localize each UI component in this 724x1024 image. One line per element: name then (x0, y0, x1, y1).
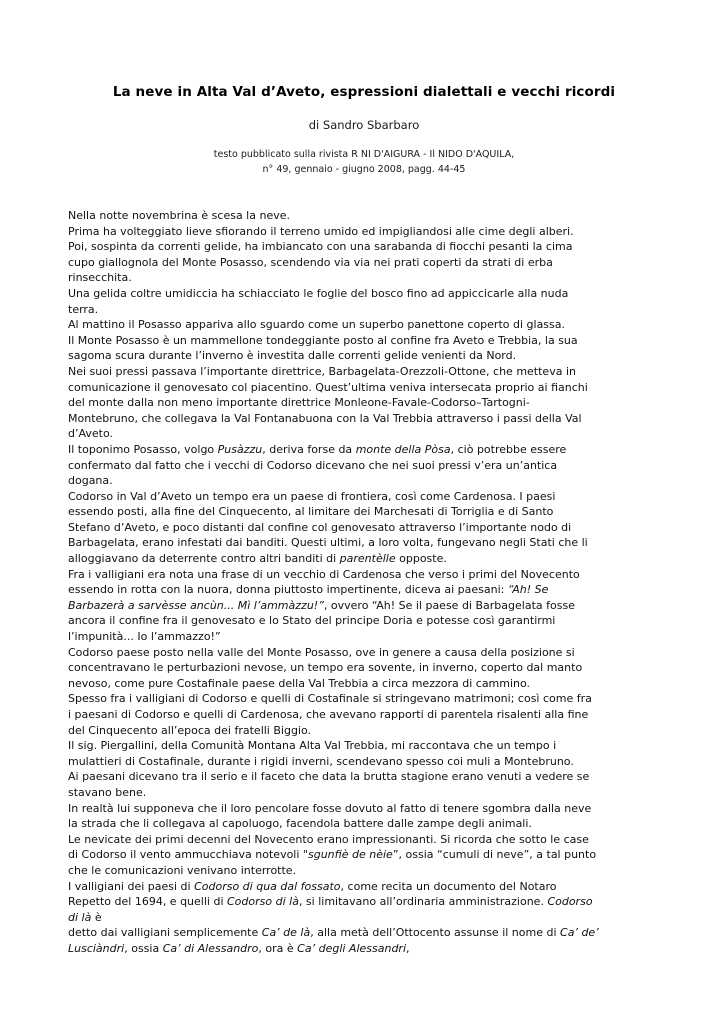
text-line: di Codorso il vento ammucchiava notevoli… (68, 847, 660, 863)
text-segment: ”, ossia “cumuli di neve”, a tal punto (393, 848, 596, 861)
text-segment: Poi, sospinta da correnti gelide, ha imb… (68, 240, 572, 253)
text-line: confermato dal fatto che i vecchi di Cod… (68, 458, 660, 474)
text-segment: Barbagelata, erano infestati dai banditi… (68, 536, 588, 549)
text-segment: opposte. (396, 552, 447, 565)
text-segment: la strada che li collegava al capoluogo,… (68, 817, 532, 830)
text-segment: di Codorso il vento ammucchiava notevoli (68, 848, 303, 861)
text-segment: nevoso, come pure Costafinale paese dell… (68, 677, 530, 690)
text-segment: I valligiani dei paesi di (68, 880, 194, 893)
text-segment: Repetto del 1694, e quelli di (68, 895, 227, 908)
text-segment: del Cinquecento all’epoca dei fratelli B… (68, 724, 311, 737)
text-segment: essendo in rotta con la nuora, donna piu… (68, 583, 508, 596)
text-segment: Una gelida coltre umidiccia ha schiaccia… (68, 287, 568, 300)
text-segment: rinsecchita. (68, 271, 132, 284)
text-line: Nei suoi pressi passava l’importante dir… (68, 364, 660, 380)
text-line: I valligiani dei paesi di Codorso di qua… (68, 879, 660, 895)
text-segment: Montebruno, che collegava la Val Fontana… (68, 412, 582, 425)
text-segment-italic: Lusciàndri (68, 942, 124, 955)
text-line: Stefano d’Aveto, e poco distanti dal con… (68, 520, 660, 536)
text-segment: cupo giallognola del Monte Posasso, scen… (68, 256, 553, 269)
text-line: Nella notte novembrina è scesa la neve. (68, 208, 660, 224)
text-segment-italic: monte della Pòsa (356, 443, 451, 456)
text-segment: terra. (68, 303, 98, 316)
text-line: mulattieri di Costafinale, durante i rig… (68, 754, 660, 770)
text-line: essendo in rotta con la nuora, donna piu… (68, 582, 660, 598)
text-segment: , ora è (258, 942, 297, 955)
text-segment-italic: "sgunfiè de nèie (303, 848, 393, 861)
text-segment: comunicazione il genovesato col piacenti… (68, 381, 588, 394)
text-segment-italic: Pusàzzu (218, 443, 263, 456)
text-segment: l’impunità... Io l’ammazzo!” (68, 630, 221, 643)
text-segment: confermato dal fatto che i vecchi di Cod… (68, 459, 557, 472)
text-line: ancora il confine fra il genovesato e lo… (68, 613, 660, 629)
text-line: Montebruno, che collegava la Val Fontana… (68, 411, 660, 427)
text-segment-italic: di là (68, 911, 91, 924)
text-segment: Il toponimo Posasso, volgo (68, 443, 218, 456)
text-line: Una gelida coltre umidiccia ha schiaccia… (68, 286, 660, 302)
text-line: nevoso, come pure Costafinale paese dell… (68, 676, 660, 692)
text-line: del monte dalla non meno importante dire… (68, 395, 660, 411)
text-line: Codorso paese posto nella valle del Mont… (68, 645, 660, 661)
text-line: Poi, sospinta da correnti gelide, ha imb… (68, 239, 660, 255)
text-segment: Codorso paese posto nella valle del Mont… (68, 646, 575, 659)
text-line: Barbagelata, erano infestati dai banditi… (68, 535, 660, 551)
text-segment: mulattieri di Costafinale, durante i rig… (68, 755, 574, 768)
text-segment: sagoma scura durante l’inverno è investi… (68, 349, 516, 362)
text-segment: dogana. (68, 474, 113, 487)
text-line: la strada che li collegava al capoluogo,… (68, 816, 660, 832)
text-segment: , (406, 942, 410, 955)
text-line: Al mattino il Posasso appariva allo sgua… (68, 317, 660, 333)
text-segment: In realtà lui supponeva che il loro penc… (68, 802, 591, 815)
text-line: di là è (68, 910, 660, 926)
text-segment-italic: parentèlle (340, 552, 396, 565)
text-line: essendo posti, alla fine del Cinquecento… (68, 504, 660, 520)
text-segment-italic: Codorso di là (227, 895, 299, 908)
text-segment: è (91, 911, 101, 924)
text-line: Spesso fra i valligiani di Codorso e que… (68, 691, 660, 707)
text-line: rinsecchita. (68, 270, 660, 286)
text-segment: Le nevicate dei primi decenni del Novece… (68, 833, 589, 846)
text-segment: ancora il confine fra il genovesato e lo… (68, 614, 555, 627)
text-line: i paesani di Codorso e quelli di Cardeno… (68, 707, 660, 723)
text-segment: , alla metà dell’Ottocento assunse il no… (310, 926, 560, 939)
text-line: d’Aveto. (68, 426, 660, 442)
text-segment: Il Monte Posasso è un mammellone tondegg… (68, 334, 578, 347)
text-line: cupo giallognola del Monte Posasso, scen… (68, 255, 660, 271)
text-segment-italic: Ca’ de’ (560, 926, 599, 939)
text-line: Prima ha volteggiato lieve sfiorando il … (68, 224, 660, 240)
text-segment: Nella notte novembrina è scesa la neve. (68, 209, 290, 222)
text-line: dogana. (68, 473, 660, 489)
document-page: La neve in Alta Val d’Aveto, espressioni… (0, 0, 724, 1024)
text-line: l’impunità... Io l’ammazzo!” (68, 629, 660, 645)
text-line: detto dai valligiani semplicemente Ca’ d… (68, 925, 660, 941)
text-segment-italic: Codorso di qua dal fossato (194, 880, 340, 893)
text-segment: i paesani di Codorso e quelli di Cardeno… (68, 708, 588, 721)
text-segment: Nei suoi pressi passava l’importante dir… (68, 365, 576, 378)
text-line: Fra i valligiani era nota una frase di u… (68, 567, 660, 583)
text-segment-italic: “Ah! Se (508, 583, 549, 596)
text-segment: del monte dalla non meno importante dire… (68, 396, 530, 409)
text-segment: Prima ha volteggiato lieve sfiorando il … (68, 225, 574, 238)
text-segment: Codorso in Val d’Aveto un tempo era un p… (68, 490, 555, 503)
text-segment: Fra i valligiani era nota una frase di u… (68, 568, 580, 581)
text-segment: , ovvero “Ah! Se il paese di Barbagelata… (324, 599, 575, 612)
text-line: Repetto del 1694, e quelli di Codorso di… (68, 894, 660, 910)
publication-line-2: n° 49, gennaio - giugno 2008, pagg. 44-4… (68, 162, 660, 177)
text-line: Le nevicate dei primi decenni del Novece… (68, 832, 660, 848)
text-line: Il sig. Piergallini, della Comunità Mont… (68, 738, 660, 754)
page-title: La neve in Alta Val d’Aveto, espressioni… (68, 84, 660, 100)
text-segment: Spesso fra i valligiani di Codorso e que… (68, 692, 592, 705)
text-segment-italic: Codorso (547, 895, 592, 908)
publication-line-1: testo pubblicato sulla rivista R NI D'AI… (68, 147, 660, 162)
text-line: terra. (68, 302, 660, 318)
text-segment: Al mattino il Posasso appariva allo sgua… (68, 318, 565, 331)
text-line: sagoma scura durante l’inverno è investi… (68, 348, 660, 364)
text-line: concentravano le perturbazioni nevose, u… (68, 660, 660, 676)
text-line: alloggiavano da deterrente contro altri … (68, 551, 660, 567)
text-segment: che le comunicazioni venivano interrotte… (68, 864, 296, 877)
text-line: che le comunicazioni venivano interrotte… (68, 863, 660, 879)
text-segment: , ossia (124, 942, 162, 955)
text-line: Il Monte Posasso è un mammellone tondegg… (68, 333, 660, 349)
text-segment: , deriva forse da (262, 443, 355, 456)
text-segment: Ai paesani dicevano tra il serio e il fa… (68, 770, 589, 783)
publication-info: testo pubblicato sulla rivista R NI D'AI… (68, 147, 660, 177)
text-segment: d’Aveto. (68, 427, 113, 440)
text-line: Ai paesani dicevano tra il serio e il fa… (68, 769, 660, 785)
author-line: di Sandro Sbarbaro (68, 118, 660, 132)
text-line: Barbazerà a sarvèsse ancùn... Mì l’ammàz… (68, 598, 660, 614)
text-segment: concentravano le perturbazioni nevose, u… (68, 661, 582, 674)
text-segment: alloggiavano da deterrente contro altri … (68, 552, 340, 565)
text-line: Lusciàndri, ossia Ca’ di Alessandro, ora… (68, 941, 660, 957)
text-segment: stavano bene. (68, 786, 146, 799)
text-segment: , si limitavano all’ordinaria amministra… (299, 895, 548, 908)
text-segment: Il sig. Piergallini, della Comunità Mont… (68, 739, 556, 752)
text-segment-italic: Barbazerà a sarvèsse ancùn... Mì l’ammàz… (68, 599, 324, 612)
text-segment-italic: Ca’ di Alessandro (163, 942, 259, 955)
text-segment: , come recita un documento del Notaro (341, 880, 557, 893)
document-body: Nella notte novembrina è scesa la neve.P… (68, 208, 660, 957)
text-line: comunicazione il genovesato col piacenti… (68, 380, 660, 396)
text-segment: Stefano d’Aveto, e poco distanti dal con… (68, 521, 571, 534)
text-line: Codorso in Val d’Aveto un tempo era un p… (68, 489, 660, 505)
text-segment: detto dai valligiani semplicemente (68, 926, 262, 939)
text-segment: , ciò potrebbe essere (451, 443, 567, 456)
text-line: del Cinquecento all’epoca dei fratelli B… (68, 723, 660, 739)
text-segment: essendo posti, alla fine del Cinquecento… (68, 505, 553, 518)
text-line: stavano bene. (68, 785, 660, 801)
text-segment-italic: Ca’ de là (262, 926, 310, 939)
text-segment-italic: Ca’ degli Alessandri (297, 942, 406, 955)
text-line: Il toponimo Posasso, volgo Pusàzzu, deri… (68, 442, 660, 458)
text-line: In realtà lui supponeva che il loro penc… (68, 801, 660, 817)
